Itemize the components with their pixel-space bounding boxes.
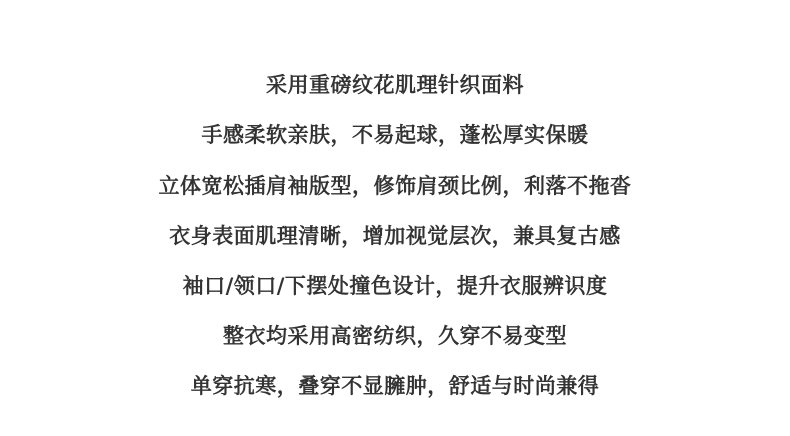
- feature-line-weave: 整衣均采用高密纺织，久穿不易变型: [0, 323, 790, 349]
- feature-line-wear: 单穿抗寒，叠穿不显臃肿，舒适与时尚兼得: [0, 373, 790, 399]
- feature-line-contrast-design: 袖口/领口/下摆处撞色设计，提升衣服辨识度: [0, 273, 790, 299]
- feature-line-fit: 立体宽松插肩袖版型，修饰肩颈比例，利落不拖沓: [0, 173, 790, 199]
- feature-line-texture: 衣身表面肌理清晰，增加视觉层次，兼具复古感: [0, 223, 790, 249]
- feature-line-fabric: 采用重磅纹花肌理针织面料: [0, 72, 790, 98]
- feature-line-touch: 手感柔软亲肤，不易起球，蓬松厚实保暖: [0, 122, 790, 148]
- product-feature-list: 采用重磅纹花肌理针织面料 手感柔软亲肤，不易起球，蓬松厚实保暖 立体宽松插肩袖版…: [0, 0, 790, 436]
